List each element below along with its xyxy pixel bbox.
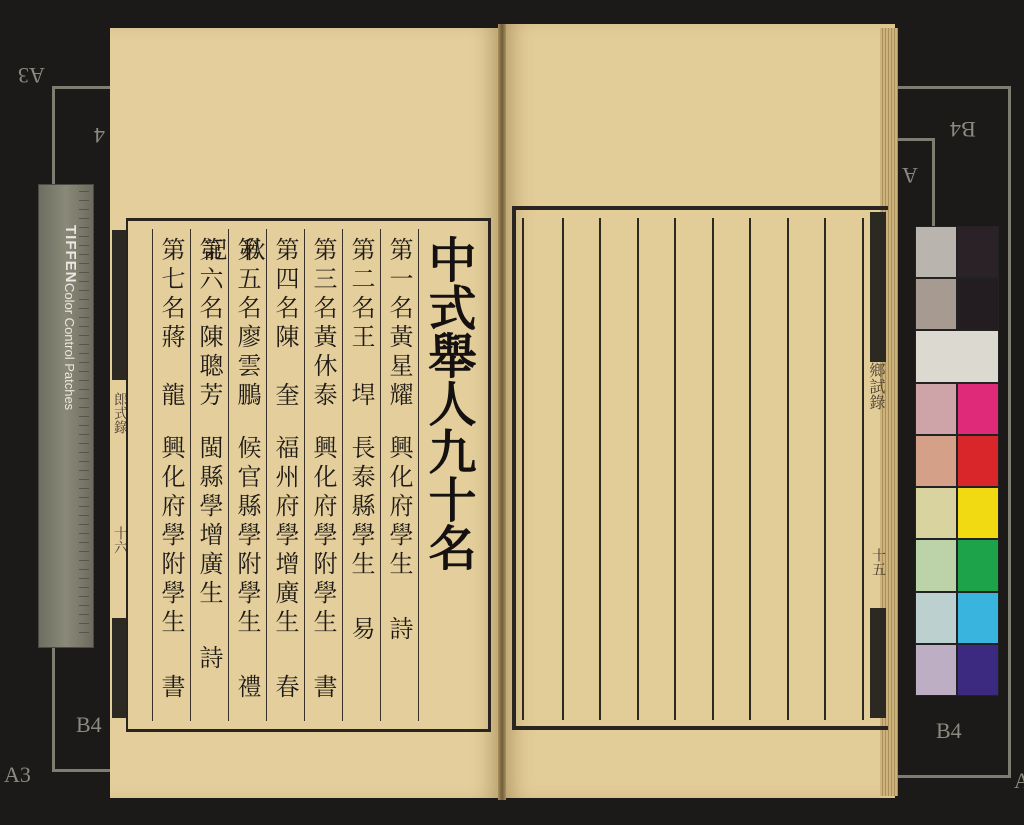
entry-origin: 興化府學附學生 <box>309 425 337 638</box>
ruled-column-line <box>712 218 714 720</box>
mat-label: A <box>1014 768 1024 794</box>
left-fishtail-band-bottom <box>112 618 126 718</box>
column-rule <box>342 229 343 721</box>
entry-column: 第一名黃星耀興化府學生詩 <box>382 237 416 645</box>
left-text-frame: 中式舉人九十名 第一名黃星耀興化府學生詩第二名王 垾長泰縣學生易第三名黃休泰興化… <box>126 218 491 732</box>
ruled-column-line <box>787 218 789 720</box>
color-patch <box>915 644 957 696</box>
right-margin-page: 十五 <box>866 548 888 576</box>
entry-origin: 長泰縣學生 <box>347 425 375 580</box>
color-target-card <box>915 226 999 696</box>
entry-name: 黃休泰 <box>309 324 337 411</box>
ruled-column-line <box>824 218 826 720</box>
mat-label: B4 <box>936 718 962 744</box>
entry-rank: 第四名 <box>271 237 299 324</box>
entry-rank: 第七名 <box>157 237 185 324</box>
ruler-brand: TIFFEN <box>62 225 79 284</box>
mat-label: B4 <box>950 116 976 142</box>
entry-origin: 福州府學增廣生 <box>271 425 299 638</box>
column-rule <box>266 229 267 721</box>
right-margin-title: 鄉試錄 <box>866 362 888 410</box>
column-rule <box>152 229 153 721</box>
entry-column: 第三名黃休泰興化府學附學生書 <box>306 237 340 703</box>
ruled-column-line <box>749 218 751 720</box>
entry-rank: 第五名 <box>233 237 261 324</box>
book-spine <box>498 24 506 800</box>
entry-origin: 興化府學附學生 <box>157 425 185 638</box>
entry-name: 蔣 龍 <box>157 324 185 411</box>
entry-column: 第二名王 垾長泰縣學生易 <box>344 237 378 645</box>
entry-name: 廖雲鵬 <box>233 324 261 411</box>
ruled-column-line <box>862 218 864 720</box>
entry-rank: 第六名 <box>195 237 223 324</box>
color-patch <box>957 644 999 696</box>
mat-label: B4 <box>76 712 102 738</box>
entry-column: 第六名陳聰芳閩縣學增廣生詩 <box>192 237 226 674</box>
column-rule <box>380 229 381 721</box>
color-patch <box>957 435 999 487</box>
ruled-column-line <box>599 218 601 720</box>
color-patch <box>957 487 999 539</box>
entry-rank: 第三名 <box>309 237 337 324</box>
mat-label: 4 <box>94 122 105 148</box>
color-patch <box>915 278 957 330</box>
mat-label: A3 <box>4 762 31 788</box>
color-patch <box>957 539 999 591</box>
entry-name: 王 垾 <box>347 324 375 411</box>
entry-rank: 第二名 <box>347 237 375 324</box>
ruled-column-line <box>637 218 639 720</box>
color-patch <box>915 487 957 539</box>
color-patch <box>957 278 999 330</box>
entry-classic: 詩 <box>195 631 223 674</box>
mat-label: A3 <box>18 62 45 88</box>
color-patch <box>915 435 957 487</box>
color-control-ruler: TIFFEN Color Control Patches <box>38 184 94 648</box>
entry-column: 第四名陳 奎福州府學增廣生春秋 <box>268 237 302 729</box>
color-patch <box>915 539 957 591</box>
column-rule <box>228 229 229 721</box>
color-patch <box>957 226 999 278</box>
ruler-title: Color Control Patches <box>62 283 77 410</box>
column-rule <box>304 229 305 721</box>
entry-classic: 書 <box>157 660 185 703</box>
color-patch <box>957 383 999 435</box>
color-patch <box>915 592 957 644</box>
entry-classic: 詩 <box>385 602 413 645</box>
entry-name: 陳聰芳 <box>195 324 223 411</box>
left-fishtail-band-top <box>112 230 126 380</box>
color-patch <box>957 592 999 644</box>
entry-origin: 閩縣學增廣生 <box>195 425 223 609</box>
entry-origin: 候官縣學附學生 <box>233 425 261 638</box>
page-title: 中式舉人九十名 <box>418 235 478 571</box>
entry-column: 第七名蔣 龍興化府學附學生書 <box>154 237 188 703</box>
entry-classic: 易 <box>347 602 375 645</box>
mat-label: A <box>902 162 918 188</box>
entry-classic: 書 <box>309 660 337 703</box>
color-patch <box>915 330 999 382</box>
ruled-column-line <box>562 218 564 720</box>
entry-origin: 興化府學生 <box>385 425 413 580</box>
column-rule <box>418 229 419 721</box>
ruled-column-line <box>522 218 524 720</box>
entry-name: 黃星耀 <box>385 324 413 411</box>
entry-rank: 第一名 <box>385 237 413 324</box>
right-ruled-frame <box>512 206 888 730</box>
column-rule <box>190 229 191 721</box>
color-patch <box>915 226 957 278</box>
entry-column: 第五名廖雲鵬候官縣學附學生禮記 <box>230 237 264 729</box>
entry-name: 陳 奎 <box>271 324 299 411</box>
ruled-column-line <box>674 218 676 720</box>
color-patch <box>915 383 957 435</box>
